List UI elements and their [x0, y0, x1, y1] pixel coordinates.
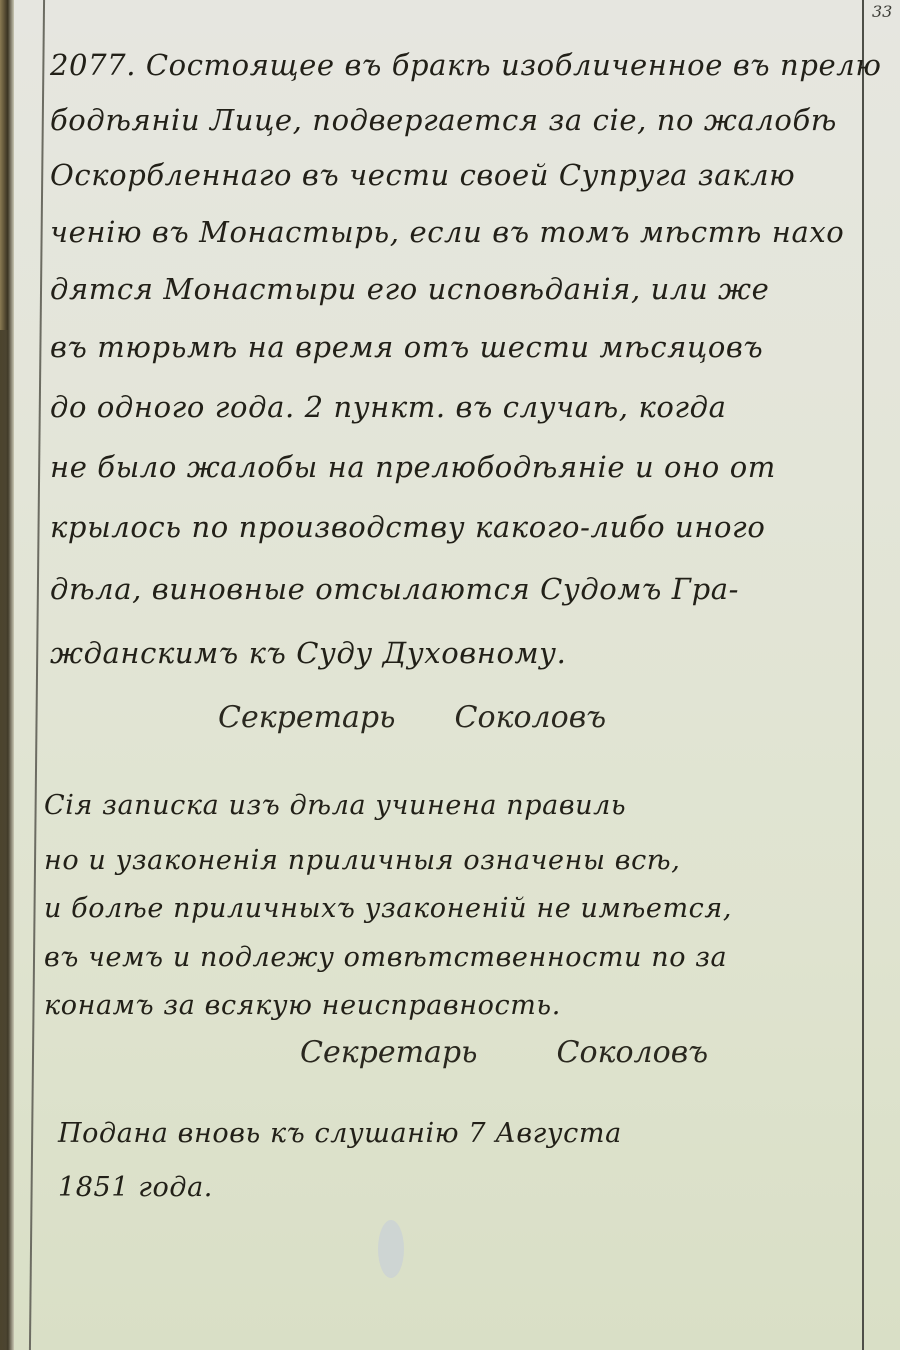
- article-line-5: дятся Монастыри его исповѣданія, или же: [50, 272, 769, 306]
- article-line-11: жданскимъ къ Суду Духовному.: [50, 636, 566, 670]
- signature-title: Секретарь: [300, 1035, 477, 1070]
- article-line-3: Оскорбленнаго въ чести своей Супруга зак…: [50, 158, 795, 192]
- article-line-text: Состоящее въ бракѣ изобличенное въ прелю: [146, 48, 882, 82]
- article-line-1: 2077. Состоящее въ бракѣ изобличенное въ…: [50, 48, 881, 82]
- book-binding-shadow: [0, 330, 10, 1350]
- cert-line-1: Сія записка изъ дѣла учинена правиль: [44, 790, 626, 821]
- cert-line-5: конамъ за всякую неисправность.: [44, 990, 561, 1021]
- page-number-fragment: 33: [872, 2, 892, 21]
- signature-name: Соколовъ: [455, 700, 607, 735]
- signature-name: Соколовъ: [557, 1035, 709, 1070]
- cert-line-4: въ чемъ и подлежу отвѣтственности по за: [44, 942, 727, 973]
- signature-title: Секретарь: [218, 700, 395, 735]
- article-line-10: дѣла, виновные отсылаются Судомъ Гра-: [50, 572, 739, 606]
- paper-stain: [378, 1220, 404, 1278]
- left-margin-rule: [29, 0, 45, 1350]
- article-line-7: до одного года. 2 пункт. въ случаѣ, когд…: [50, 390, 727, 424]
- article-line-2: бодѣяніи Лице, подвергается за сіе, по ж…: [50, 103, 837, 137]
- article-line-9: крылось по производству какого-либо иног…: [50, 510, 765, 544]
- article-number: 2077.: [50, 48, 136, 82]
- article-line-4: ченію въ Монастырь, если въ томъ мѣстѣ н…: [50, 215, 844, 249]
- right-margin-rule: [862, 0, 864, 1350]
- article-line-8: не было жалобы на прелюбодѣяніе и оно от: [50, 450, 776, 484]
- article-line-6: въ тюрьмѣ на время отъ шести мѣсяцовъ: [50, 330, 763, 364]
- signature-1: Секретарь Соколовъ: [218, 700, 606, 735]
- cert-line-2: но и узаконенія приличныя означены всѣ,: [44, 845, 680, 876]
- note-line-1: Подана вновь къ слушанію 7 Августа: [58, 1118, 622, 1149]
- cert-line-3: и болѣе приличныхъ узаконеній не имѣется…: [44, 893, 732, 924]
- signature-2: Секретарь Соколовъ: [300, 1035, 708, 1070]
- note-line-2: 1851 года.: [58, 1172, 213, 1203]
